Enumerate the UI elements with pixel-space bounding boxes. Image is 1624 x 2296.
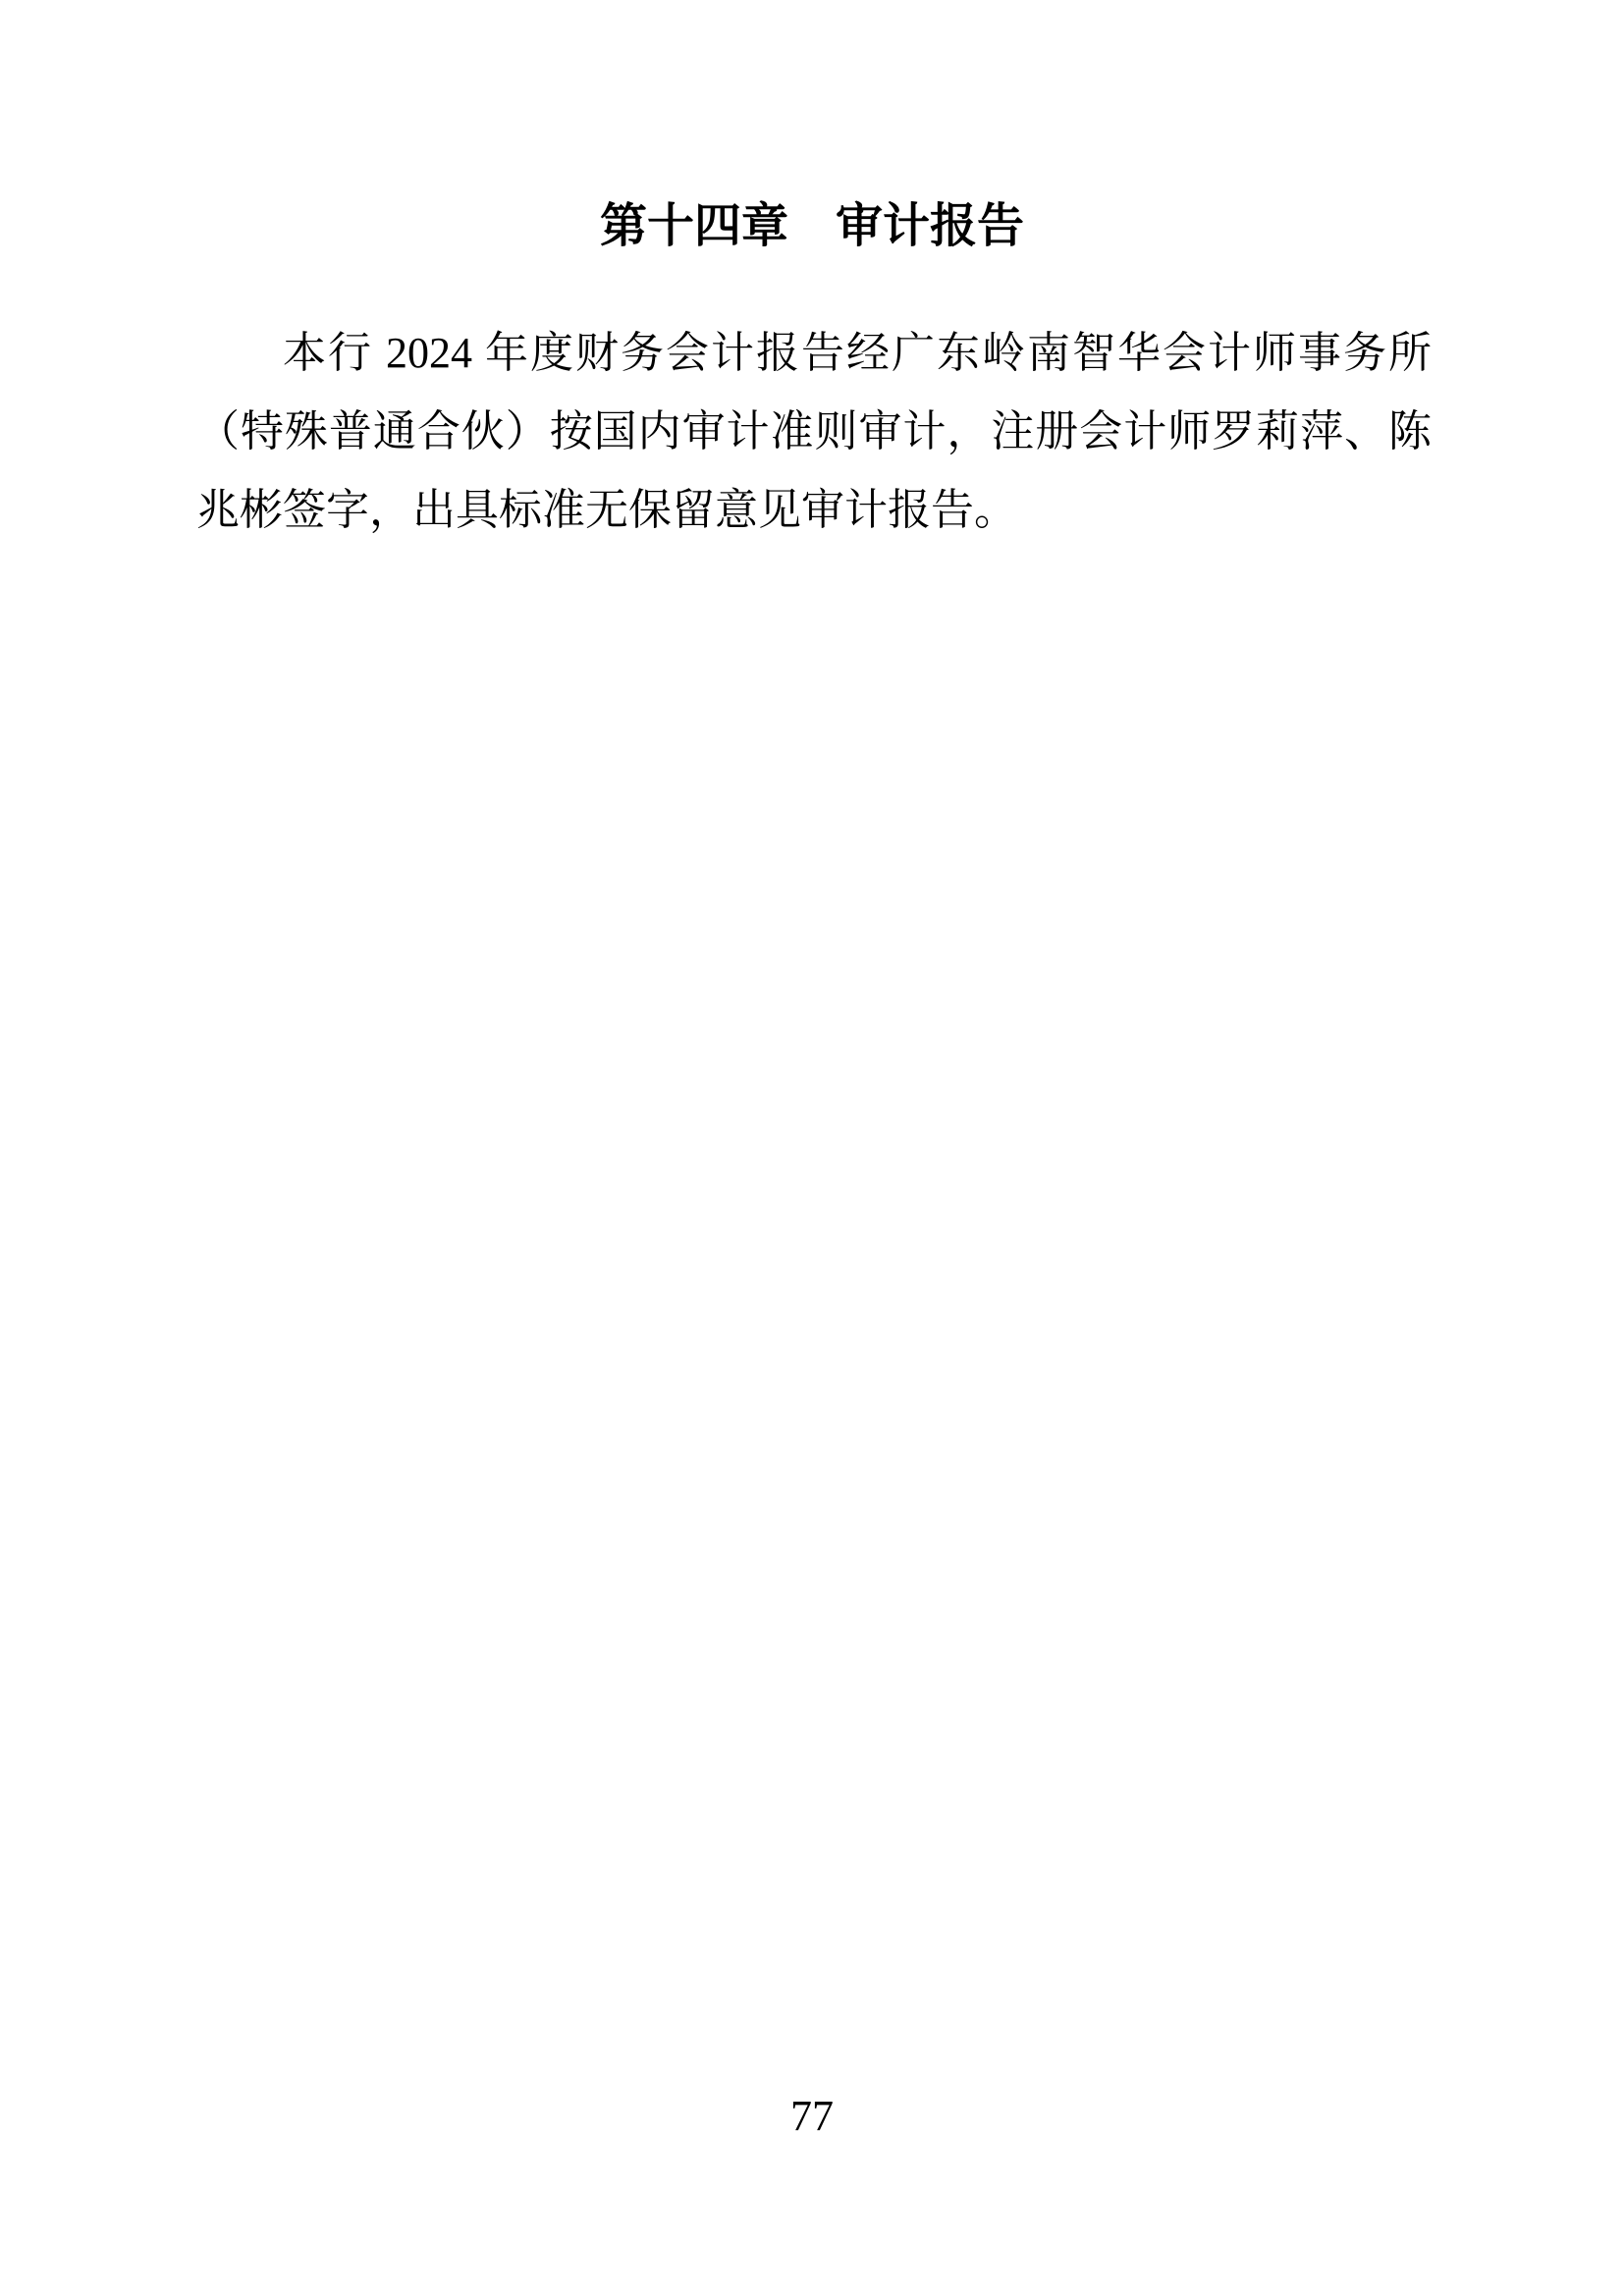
document-page: 第十四章 审计报告 本行 2024 年度财务会计报告经广东岭南智华会计师事务所 … [0, 0, 1624, 2296]
body-paragraph: 本行 2024 年度财务会计报告经广东岭南智华会计师事务所 （特殊普通合伙）按国… [196, 314, 1432, 550]
page-number: 77 [0, 2095, 1624, 2138]
chapter-title: 第十四章 审计报告 [0, 0, 1624, 253]
paragraph-line-2: （特殊普通合伙）按国内审计准则审计，注册会计师罗莉萍、陈 [196, 393, 1432, 471]
paragraph-line-3: 兆彬签字，出具标准无保留意见审计报告。 [196, 471, 1432, 550]
paragraph-line-1: 本行 2024 年度财务会计报告经广东岭南智华会计师事务所 [196, 314, 1432, 393]
